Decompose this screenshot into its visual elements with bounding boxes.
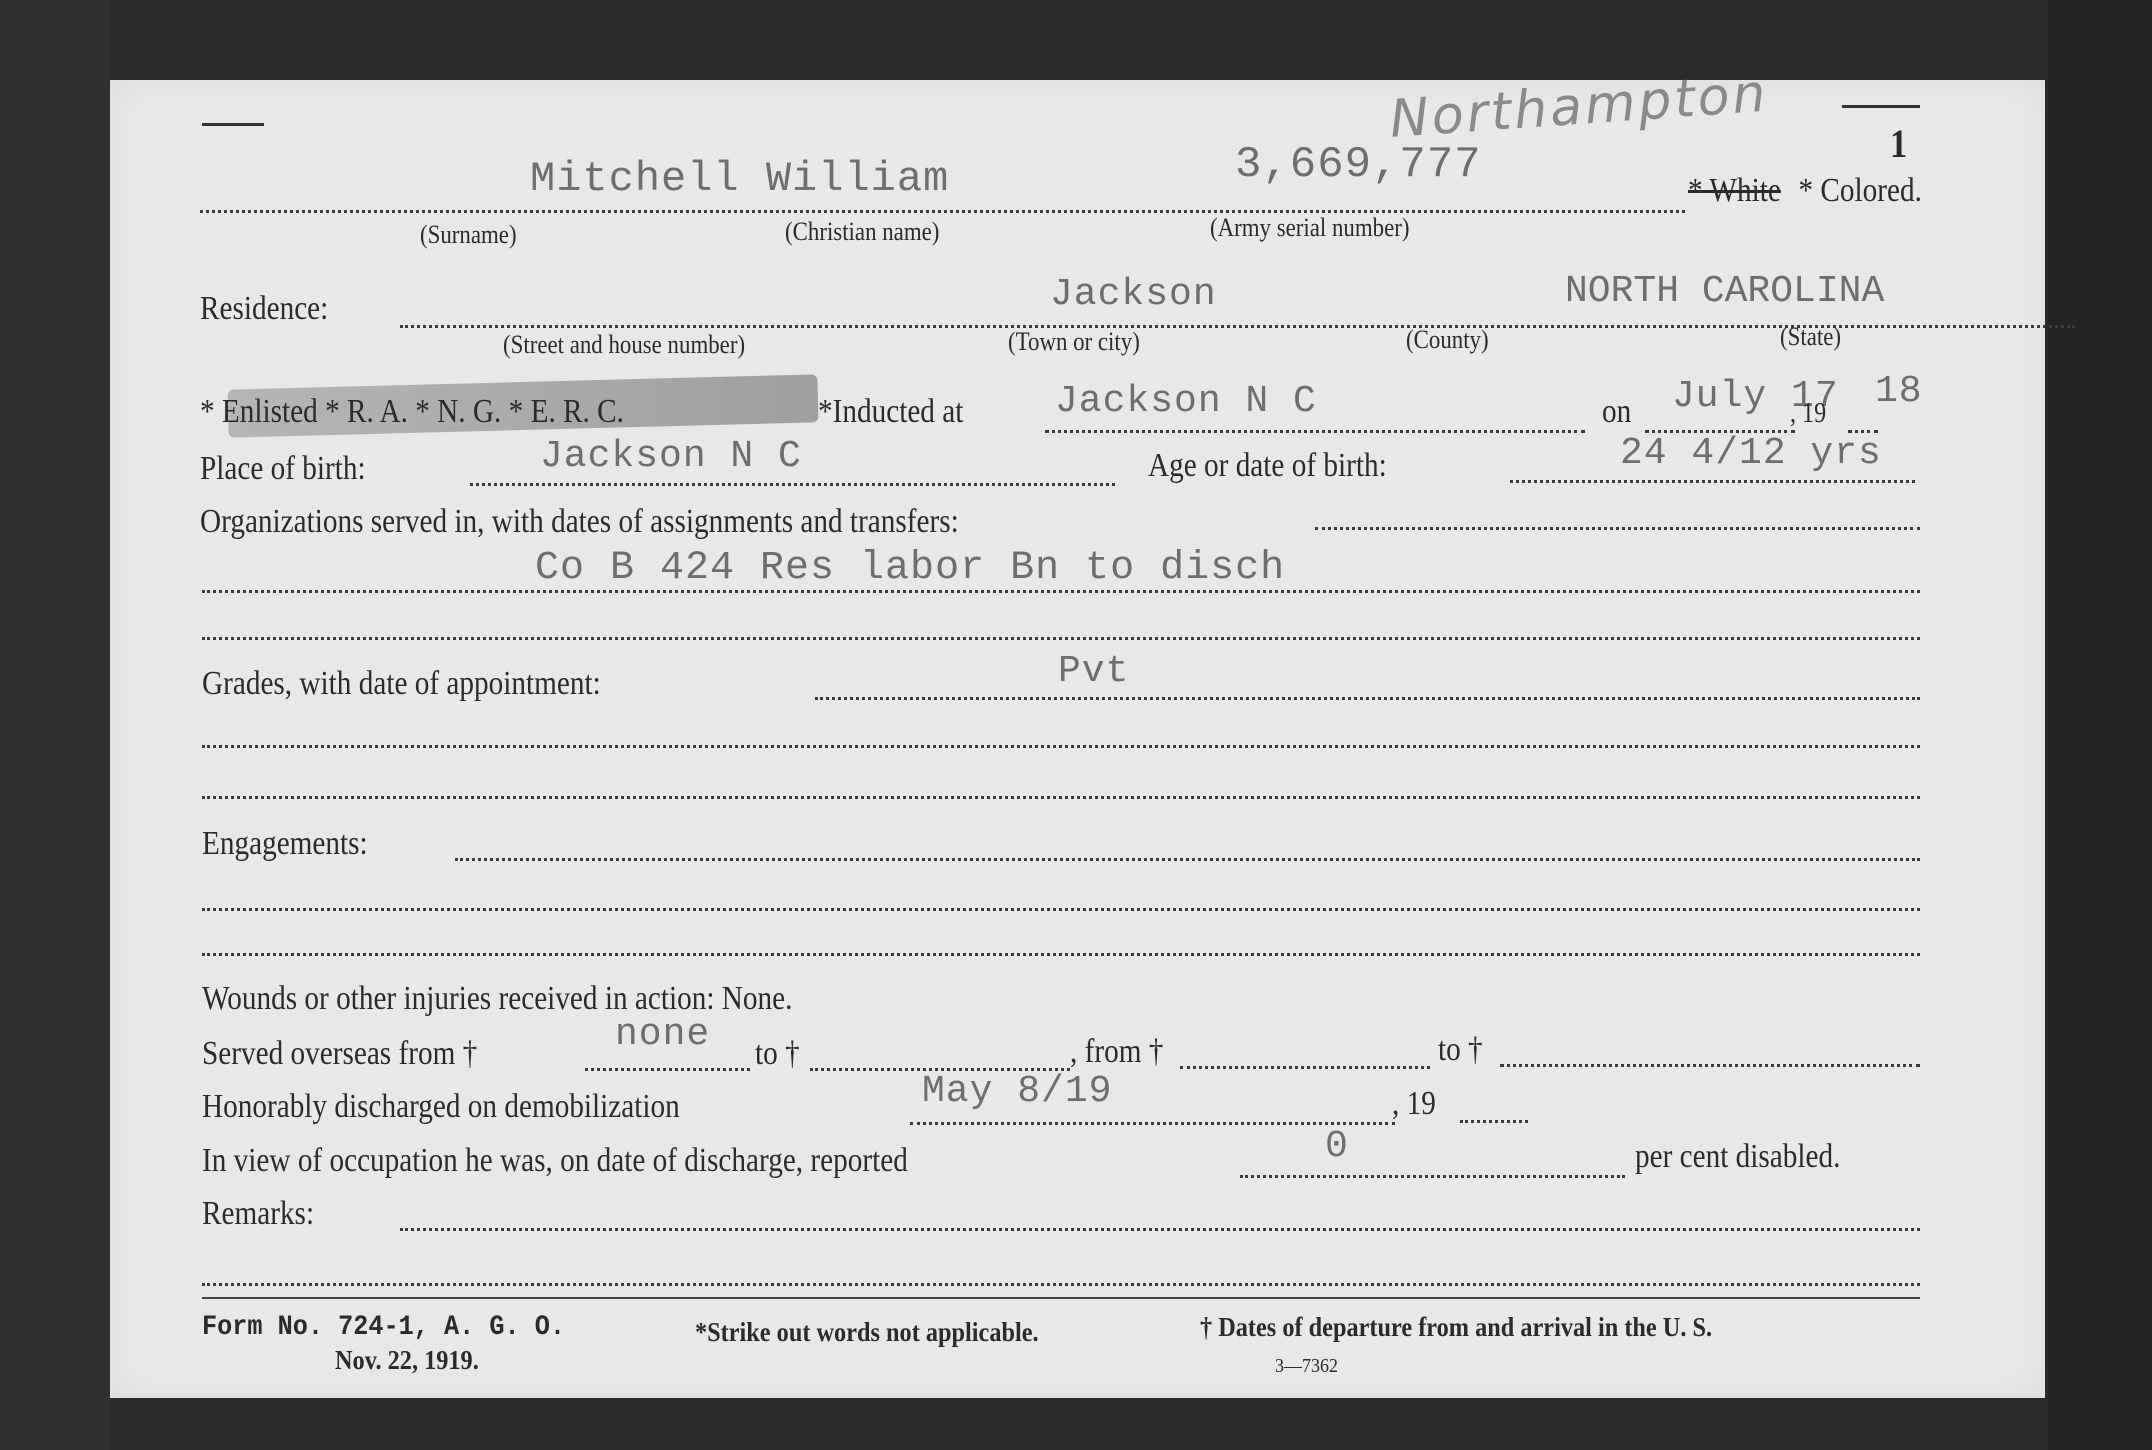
grades-line-2	[202, 745, 1920, 748]
caption-serial: (Army serial number)	[1210, 213, 1409, 243]
overseas-from2-line	[1180, 1066, 1430, 1069]
organizations-line-1	[1315, 527, 1920, 530]
engagements-line-2	[202, 908, 1920, 911]
name-value: Mitchell William	[530, 155, 949, 203]
remarks-label: Remarks:	[202, 1195, 314, 1233]
race-options: * White * Colored.	[1688, 172, 1922, 210]
discharge-label: Honorably discharged on demobilization	[202, 1088, 680, 1126]
serial-value: 3,669,777	[1235, 140, 1482, 190]
engagements-line-3	[202, 953, 1920, 956]
dagger-note: † Dates of departure from and arrival in…	[1200, 1312, 1712, 1343]
organizations-value: Co B 424 Res labor Bn to disch	[535, 546, 1285, 591]
caption-county: (County)	[1406, 325, 1489, 355]
disability-suffix: per cent disabled.	[1635, 1138, 1840, 1176]
organizations-label: Organizations served in, with dates of a…	[200, 503, 959, 541]
birth-place-line	[470, 483, 1115, 486]
scan-background-right	[2048, 0, 2152, 1450]
organizations-line-3	[202, 637, 1920, 640]
corner-mark-right	[1842, 105, 1920, 108]
overseas-from2-label: , from †	[1070, 1033, 1163, 1071]
discharge-year-line	[1460, 1120, 1528, 1123]
form-date: Nov. 22, 1919.	[335, 1345, 479, 1376]
caption-town: (Town or city)	[1008, 327, 1140, 357]
grades-line-1	[815, 697, 1920, 700]
overseas-from-value: none	[615, 1013, 710, 1056]
scan-background-left	[0, 0, 110, 1450]
grades-label: Grades, with date of appointment:	[202, 665, 601, 703]
overseas-to-label: to †	[755, 1035, 800, 1073]
name-line	[200, 210, 1685, 213]
print-code: 3—7362	[1275, 1355, 1338, 1378]
caption-street: (Street and house number)	[503, 330, 745, 360]
residence-label: Residence:	[200, 290, 328, 328]
discharge-value: May 8/19	[922, 1070, 1112, 1113]
residence-town: Jackson	[1050, 273, 1217, 316]
inducted-label: *Inducted at	[818, 393, 963, 431]
disability-line	[1240, 1175, 1625, 1178]
year-prefix: , 19	[1790, 398, 1826, 430]
caption-surname: (Surname)	[420, 220, 517, 250]
age-line	[1510, 480, 1915, 483]
overseas-to2-label: to †	[1438, 1031, 1483, 1069]
discharge-year-label: , 19	[1392, 1085, 1436, 1123]
form-number: Form No. 724-1, A. G. O.	[202, 1312, 565, 1343]
strike-note: *Strike out words not applicable.	[695, 1317, 1039, 1348]
remarks-line-2	[202, 1283, 1920, 1286]
place-of-birth-label: Place of birth:	[200, 450, 366, 488]
enlistment-options: * Enlisted * R. A. * N. G. * E. R. C.	[200, 393, 624, 431]
organizations-line-2	[202, 590, 1920, 593]
residence-state: NORTH CAROLINA	[1565, 270, 1884, 313]
service-record-card: Northampton 1 Mitchell William 3,669,777…	[110, 80, 2045, 1398]
handwritten-county: Northampton	[1388, 64, 1770, 150]
footer-rule	[202, 1297, 1920, 1299]
corner-mark	[202, 123, 264, 126]
remarks-line-1	[400, 1228, 1920, 1231]
overseas-from-line	[585, 1068, 750, 1071]
race-white: * White	[1688, 172, 1781, 209]
discharge-line	[910, 1122, 1395, 1125]
engagements-line-1	[455, 858, 1920, 861]
disability-label: In view of occupation he was, on date of…	[202, 1142, 908, 1180]
inducted-year: 18	[1875, 370, 1923, 413]
race-colored: * Colored.	[1798, 172, 1921, 209]
overseas-to2-line	[1500, 1064, 1920, 1067]
grades-line-3	[202, 796, 1920, 799]
caption-state: (State)	[1780, 322, 1841, 352]
age-label: Age or date of birth:	[1148, 447, 1387, 485]
age-value: 24 4/12 yrs	[1620, 432, 1882, 475]
place-of-birth-value: Jackson N C	[540, 435, 802, 478]
overseas-from-label: Served overseas from †	[202, 1035, 477, 1073]
card-number: 1	[1890, 120, 1907, 167]
inducted-at-value: Jackson N C	[1055, 380, 1317, 423]
inducted-line	[1045, 430, 1585, 433]
disability-value: 0	[1325, 1125, 1349, 1168]
grades-value: Pvt	[1058, 650, 1129, 693]
on-label: on	[1602, 393, 1631, 431]
engagements-label: Engagements:	[202, 825, 368, 863]
caption-christian-name: (Christian name)	[785, 217, 939, 247]
